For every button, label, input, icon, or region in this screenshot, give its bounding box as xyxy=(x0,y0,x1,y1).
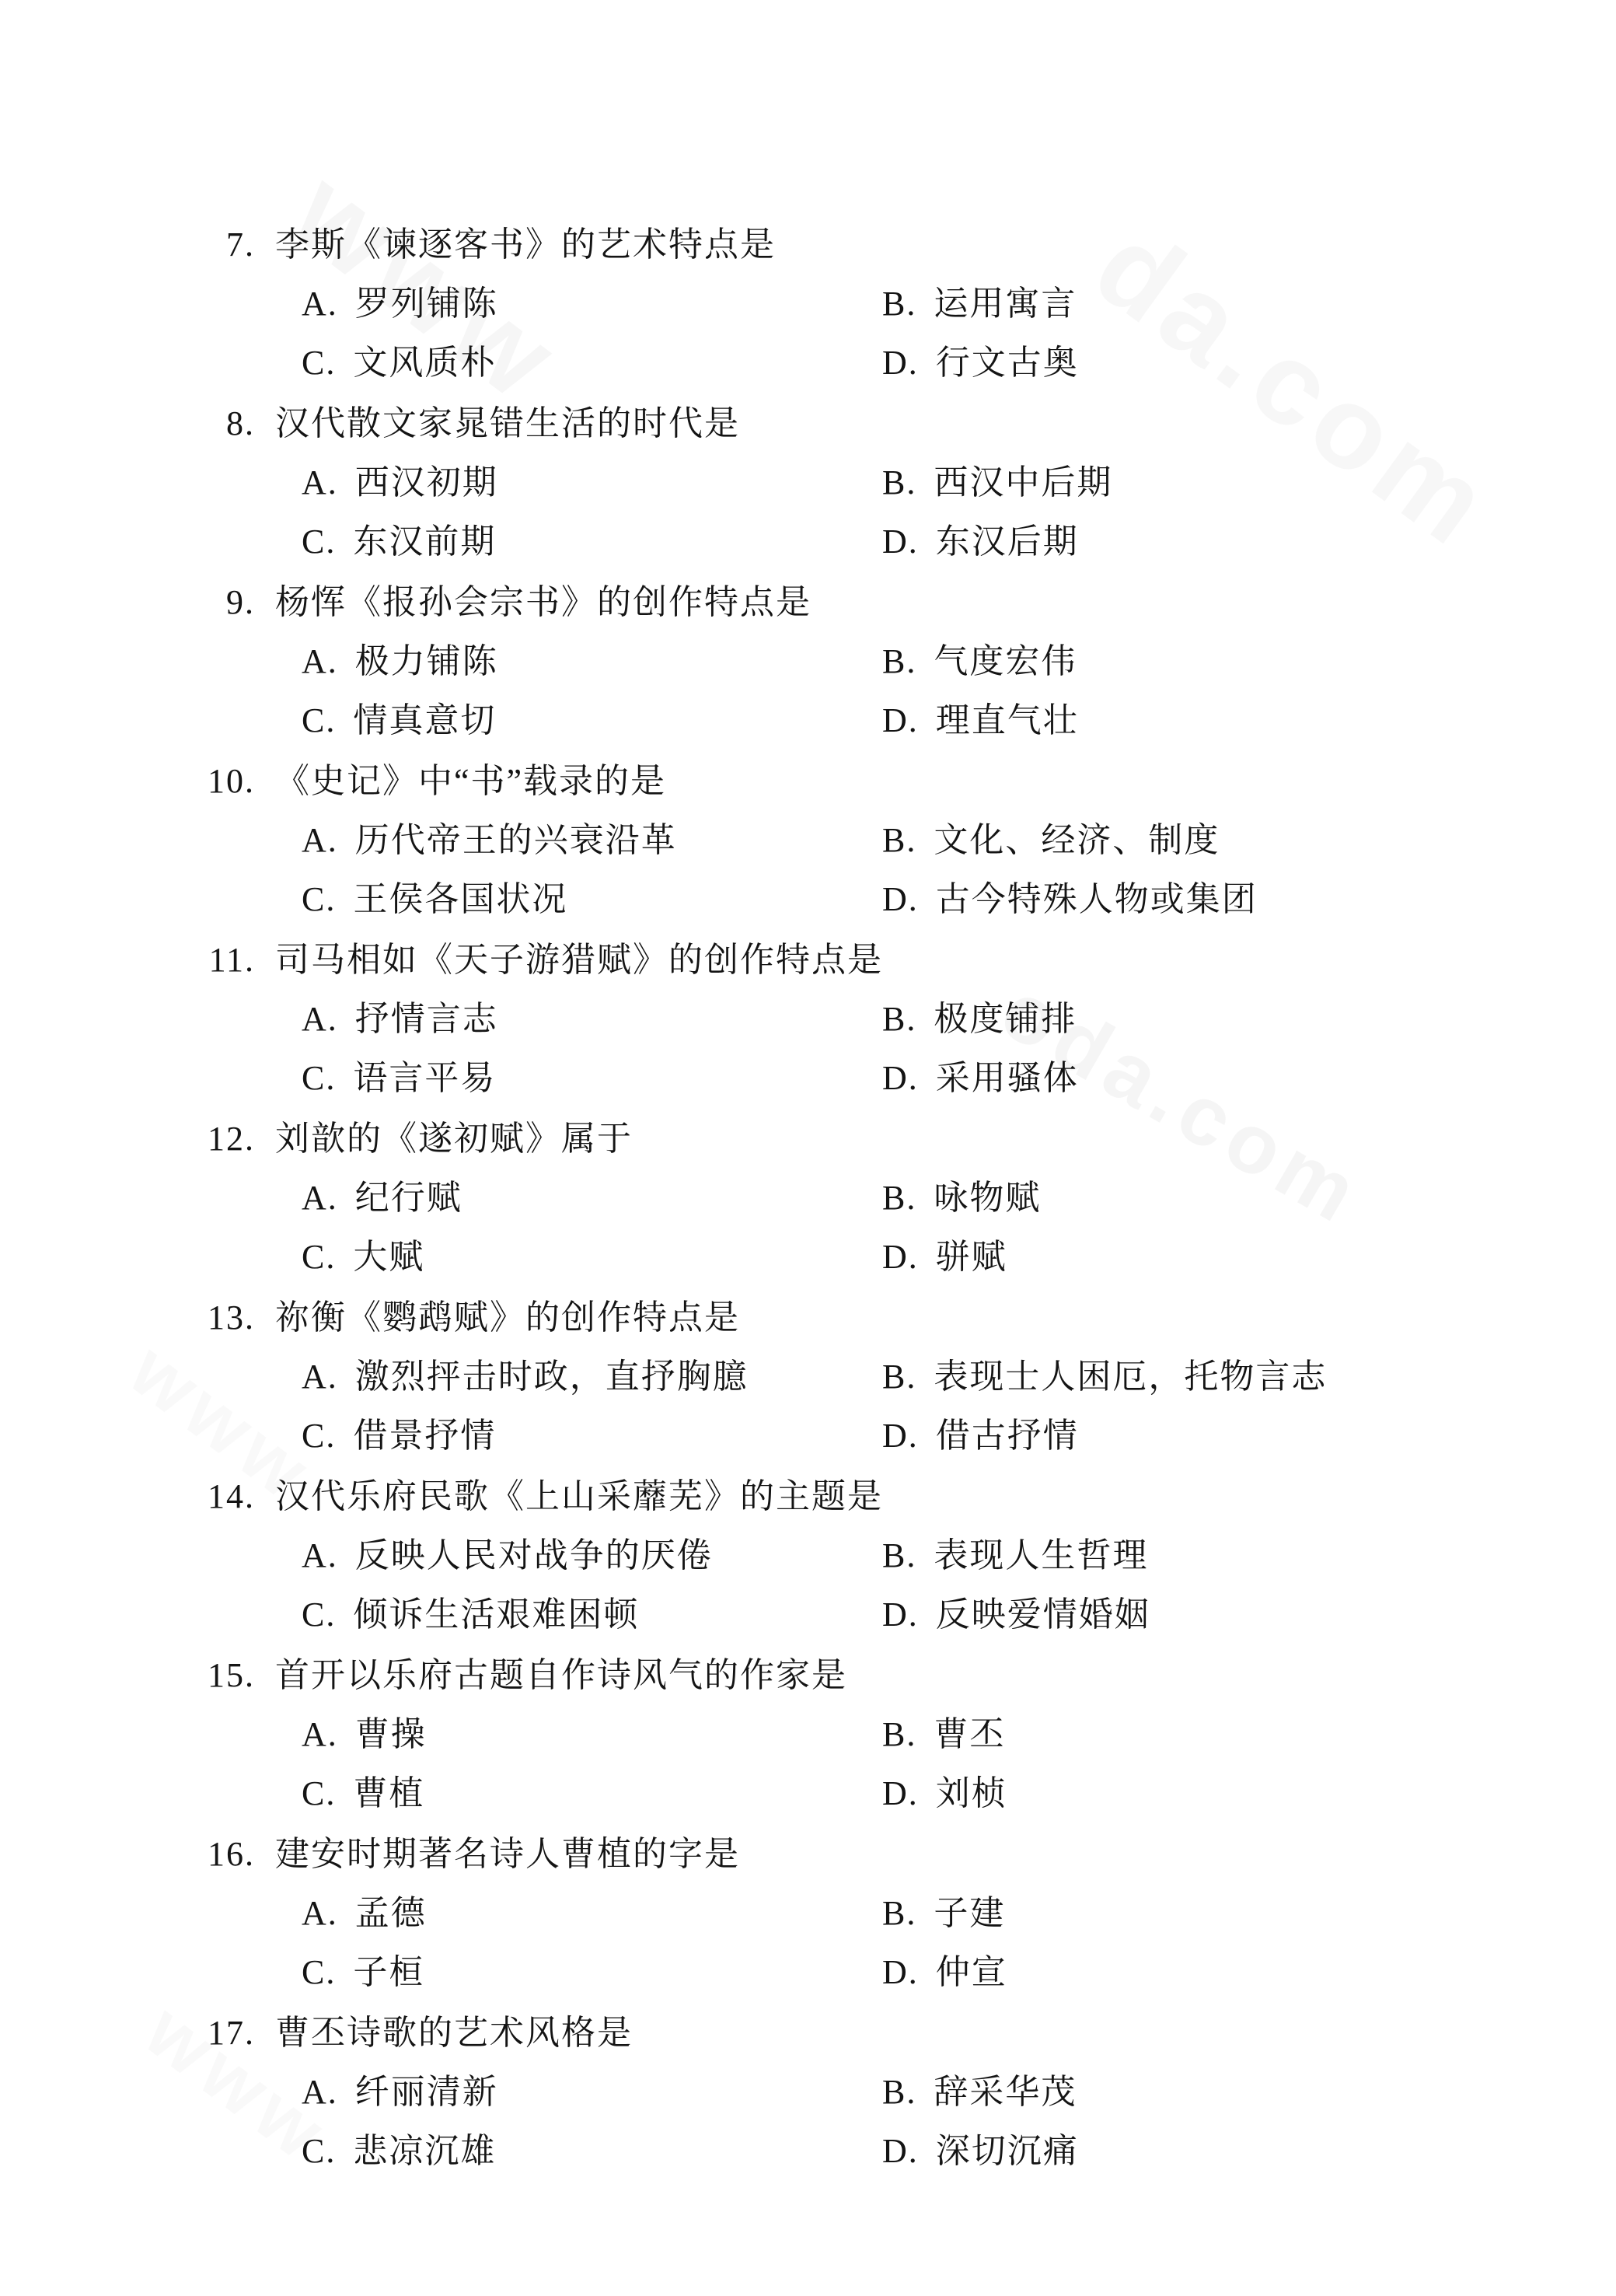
option-label: A. xyxy=(302,1358,338,1396)
option-label: D. xyxy=(882,2132,919,2171)
option-text: 运用寓言 xyxy=(934,285,1077,323)
option-C: C.倾诉生活艰难困顿 xyxy=(302,1595,882,1634)
option-B: B.文化、经济、制度 xyxy=(882,821,1220,860)
option-label: B. xyxy=(882,821,916,860)
option-label: C. xyxy=(302,1238,336,1277)
question-number: 15. xyxy=(196,1656,255,1695)
option-A: A.曹操 xyxy=(302,1715,882,1754)
option-B: B.气度宏伟 xyxy=(882,642,1077,681)
option-label: B. xyxy=(882,285,916,323)
question-stem: 司马相如《天子游猎赋》的创作特点是 xyxy=(275,941,883,980)
option-label: B. xyxy=(882,463,916,502)
option-D: D.反映爱情婚姻 xyxy=(882,1595,1150,1634)
question-number: 16. xyxy=(196,1835,255,1874)
option-C: C.语言平易 xyxy=(302,1059,882,1098)
option-text: 曹操 xyxy=(355,1715,427,1754)
option-label: A. xyxy=(302,1894,338,1933)
option-text: 语言平易 xyxy=(353,1059,496,1098)
question-8: 8.汉代散文家晁错生活的时代是A.西汉初期B.西汉中后期C.东汉前期D.东汉后期 xyxy=(0,404,1616,561)
option-A: A.激烈抨击时政，直抒胸臆 xyxy=(302,1358,882,1396)
option-label: A. xyxy=(302,821,338,860)
option-text: 东汉后期 xyxy=(936,522,1079,561)
option-label: D. xyxy=(882,1417,919,1456)
option-label: C. xyxy=(302,2132,336,2171)
option-text: 采用骚体 xyxy=(936,1059,1079,1098)
question-15: 15.首开以乐府古题自作诗风气的作家是A.曹操B.曹丕C.曹植D.刘桢 xyxy=(0,1656,1616,1813)
option-label: A. xyxy=(302,463,338,502)
question-stem: 汉代散文家晁错生活的时代是 xyxy=(275,404,740,443)
option-text: 反映人民对战争的厌倦 xyxy=(355,1536,713,1575)
option-text: 文风质朴 xyxy=(353,344,496,383)
option-label: C. xyxy=(302,1417,336,1456)
option-A: A.纤丽清新 xyxy=(302,2073,882,2112)
option-text: 情真意切 xyxy=(353,701,496,740)
question-12: 12.刘歆的《遂初赋》属于A.纪行赋B.咏物赋C.大赋D.骈赋 xyxy=(0,1120,1616,1277)
option-text: 西汉中后期 xyxy=(934,463,1112,502)
option-label: C. xyxy=(302,1953,336,1992)
option-D: D.刘桢 xyxy=(882,1774,1007,1813)
question-number: 10. xyxy=(196,762,255,801)
option-label: A. xyxy=(302,285,338,323)
option-D: D.理直气壮 xyxy=(882,701,1079,740)
option-text: 子建 xyxy=(934,1894,1005,1933)
option-text: 反映爱情婚姻 xyxy=(936,1595,1150,1634)
option-label: D. xyxy=(882,1238,919,1277)
option-D: D.借古抒情 xyxy=(882,1417,1079,1456)
question-7: 7.李斯《谏逐客书》的艺术特点是A.罗列铺陈B.运用寓言C.文风质朴D.行文古奥 xyxy=(0,225,1616,383)
question-13: 13.祢衡《鹦鹉赋》的创作特点是A.激烈抨击时政，直抒胸臆B.表现士人困厄，托物… xyxy=(0,1298,1616,1456)
option-text: 东汉前期 xyxy=(353,522,496,561)
option-text: 表现士人困厄，托物言志 xyxy=(934,1358,1327,1396)
option-label: A. xyxy=(302,1715,338,1754)
option-label: B. xyxy=(882,1894,916,1933)
option-label: C. xyxy=(302,522,336,561)
question-number: 8. xyxy=(196,404,255,443)
option-D: D.东汉后期 xyxy=(882,522,1079,561)
option-A: A.西汉初期 xyxy=(302,463,882,502)
option-D: D.采用骚体 xyxy=(882,1059,1079,1098)
option-B: B.极度铺排 xyxy=(882,1000,1077,1039)
option-B: B.辞采华茂 xyxy=(882,2073,1077,2112)
option-D: D.骈赋 xyxy=(882,1238,1007,1277)
option-text: 仲宣 xyxy=(936,1953,1007,1992)
option-text: 文化、经济、制度 xyxy=(934,821,1220,860)
question-stem: 《史记》中“书”载录的是 xyxy=(275,762,666,801)
option-B: B.咏物赋 xyxy=(882,1179,1041,1218)
option-C: C.大赋 xyxy=(302,1238,882,1277)
question-number: 9. xyxy=(196,583,255,622)
option-label: C. xyxy=(302,1595,336,1634)
option-text: 大赋 xyxy=(353,1238,424,1277)
option-A: A.孟德 xyxy=(302,1894,882,1933)
option-text: 咏物赋 xyxy=(934,1179,1041,1218)
question-stem: 刘歆的《遂初赋》属于 xyxy=(275,1120,633,1158)
option-D: D.古今特殊人物或集团 xyxy=(882,880,1258,919)
option-text: 理直气壮 xyxy=(936,701,1079,740)
question-stem: 杨恽《报孙会宗书》的创作特点是 xyxy=(275,583,811,622)
option-D: D.仲宣 xyxy=(882,1953,1007,1992)
option-C: C.曹植 xyxy=(302,1774,882,1813)
option-A: A.极力铺陈 xyxy=(302,642,882,681)
exam-questions: 7.李斯《谏逐客书》的艺术特点是A.罗列铺陈B.运用寓言C.文风质朴D.行文古奥… xyxy=(0,0,1616,2171)
option-label: A. xyxy=(302,1000,338,1039)
option-label: D. xyxy=(882,1059,919,1098)
option-text: 骈赋 xyxy=(936,1238,1007,1277)
question-number: 12. xyxy=(196,1120,255,1158)
option-text: 倾诉生活艰难困顿 xyxy=(353,1595,639,1634)
option-B: B.子建 xyxy=(882,1894,1005,1933)
option-label: C. xyxy=(302,1774,336,1813)
option-text: 刘桢 xyxy=(936,1774,1007,1813)
option-label: B. xyxy=(882,1715,916,1754)
option-label: C. xyxy=(302,880,336,919)
question-number: 13. xyxy=(196,1298,255,1337)
question-stem: 首开以乐府古题自作诗风气的作家是 xyxy=(275,1656,847,1695)
option-label: D. xyxy=(882,701,919,740)
question-number: 7. xyxy=(196,225,255,264)
option-B: B.运用寓言 xyxy=(882,285,1077,323)
option-label: C. xyxy=(302,1059,336,1098)
option-B: B.西汉中后期 xyxy=(882,463,1112,502)
option-label: D. xyxy=(882,1595,919,1634)
question-stem: 祢衡《鹦鹉赋》的创作特点是 xyxy=(275,1298,740,1337)
question-14: 14.汉代乐府民歌《上山采蘼芜》的主题是A.反映人民对战争的厌倦B.表现人生哲理… xyxy=(0,1477,1616,1634)
option-A: A.纪行赋 xyxy=(302,1179,882,1218)
option-A: A.抒情言志 xyxy=(302,1000,882,1039)
option-label: A. xyxy=(302,1179,338,1218)
option-text: 表现人生哲理 xyxy=(934,1536,1148,1575)
option-B: B.曹丕 xyxy=(882,1715,1005,1754)
option-C: C.子桓 xyxy=(302,1953,882,1992)
option-label: B. xyxy=(882,1358,916,1396)
option-label: D. xyxy=(882,880,919,919)
option-label: B. xyxy=(882,2073,916,2112)
option-D: D.深切沉痛 xyxy=(882,2132,1079,2171)
option-text: 借景抒情 xyxy=(353,1417,496,1456)
option-label: D. xyxy=(882,344,919,383)
option-label: B. xyxy=(882,642,916,681)
question-10: 10.《史记》中“书”载录的是A.历代帝王的兴衰沿革B.文化、经济、制度C.王侯… xyxy=(0,762,1616,919)
option-text: 历代帝王的兴衰沿革 xyxy=(355,821,677,860)
option-text: 曹丕 xyxy=(934,1715,1005,1754)
option-C: C.王侯各国状况 xyxy=(302,880,882,919)
option-text: 深切沉痛 xyxy=(936,2132,1079,2171)
option-text: 借古抒情 xyxy=(936,1417,1079,1456)
option-label: C. xyxy=(302,701,336,740)
option-C: C.借景抒情 xyxy=(302,1417,882,1456)
question-stem: 建安时期著名诗人曹植的字是 xyxy=(275,1835,740,1874)
option-text: 激烈抨击时政，直抒胸臆 xyxy=(355,1358,749,1396)
option-text: 悲凉沉雄 xyxy=(353,2132,496,2171)
option-label: C. xyxy=(302,344,336,383)
option-C: C.文风质朴 xyxy=(302,344,882,383)
option-D: D.行文古奥 xyxy=(882,344,1079,383)
question-17: 17.曹丕诗歌的艺术风格是A.纤丽清新B.辞采华茂C.悲凉沉雄D.深切沉痛 xyxy=(0,2014,1616,2171)
option-label: A. xyxy=(302,1536,338,1575)
option-label: A. xyxy=(302,642,338,681)
question-number: 17. xyxy=(196,2014,255,2053)
option-text: 古今特殊人物或集团 xyxy=(936,880,1258,919)
option-text: 行文古奥 xyxy=(936,344,1079,383)
option-text: 抒情言志 xyxy=(355,1000,498,1039)
option-C: C.情真意切 xyxy=(302,701,882,740)
option-text: 气度宏伟 xyxy=(934,642,1077,681)
option-B: B.表现人生哲理 xyxy=(882,1536,1148,1575)
option-A: A.历代帝王的兴衰沿革 xyxy=(302,821,882,860)
option-text: 曹植 xyxy=(353,1774,424,1813)
option-text: 孟德 xyxy=(355,1894,427,1933)
exam-page: wwwda.comoda.comwwwwww 7.李斯《谏逐客书》的艺术特点是A… xyxy=(0,0,1616,2296)
option-text: 极度铺排 xyxy=(934,1000,1077,1039)
option-label: D. xyxy=(882,522,919,561)
question-11: 11.司马相如《天子游猎赋》的创作特点是A.抒情言志B.极度铺排C.语言平易D.… xyxy=(0,941,1616,1098)
question-number: 14. xyxy=(196,1477,255,1516)
option-label: B. xyxy=(882,1000,916,1039)
option-C: C.悲凉沉雄 xyxy=(302,2132,882,2171)
option-text: 辞采华茂 xyxy=(934,2073,1077,2112)
option-text: 子桓 xyxy=(353,1953,424,1992)
option-A: A.反映人民对战争的厌倦 xyxy=(302,1536,882,1575)
question-stem: 曹丕诗歌的艺术风格是 xyxy=(275,2014,633,2053)
question-stem: 汉代乐府民歌《上山采蘼芜》的主题是 xyxy=(275,1477,883,1516)
question-number: 11. xyxy=(196,941,255,980)
option-label: B. xyxy=(882,1536,916,1575)
question-stem: 李斯《谏逐客书》的艺术特点是 xyxy=(275,225,776,264)
option-B: B.表现士人困厄，托物言志 xyxy=(882,1358,1327,1396)
question-16: 16.建安时期著名诗人曹植的字是A.孟德B.子建C.子桓D.仲宣 xyxy=(0,1835,1616,1992)
question-9: 9.杨恽《报孙会宗书》的创作特点是A.极力铺陈B.气度宏伟C.情真意切D.理直气… xyxy=(0,583,1616,740)
option-label: B. xyxy=(882,1179,916,1218)
option-C: C.东汉前期 xyxy=(302,522,882,561)
option-text: 王侯各国状况 xyxy=(353,880,567,919)
option-A: A.罗列铺陈 xyxy=(302,285,882,323)
option-text: 极力铺陈 xyxy=(355,642,498,681)
option-label: A. xyxy=(302,2073,338,2112)
option-text: 罗列铺陈 xyxy=(355,285,498,323)
option-label: D. xyxy=(882,1953,919,1992)
option-text: 西汉初期 xyxy=(355,463,498,502)
option-text: 纪行赋 xyxy=(355,1179,462,1218)
option-label: D. xyxy=(882,1774,919,1813)
option-text: 纤丽清新 xyxy=(355,2073,498,2112)
